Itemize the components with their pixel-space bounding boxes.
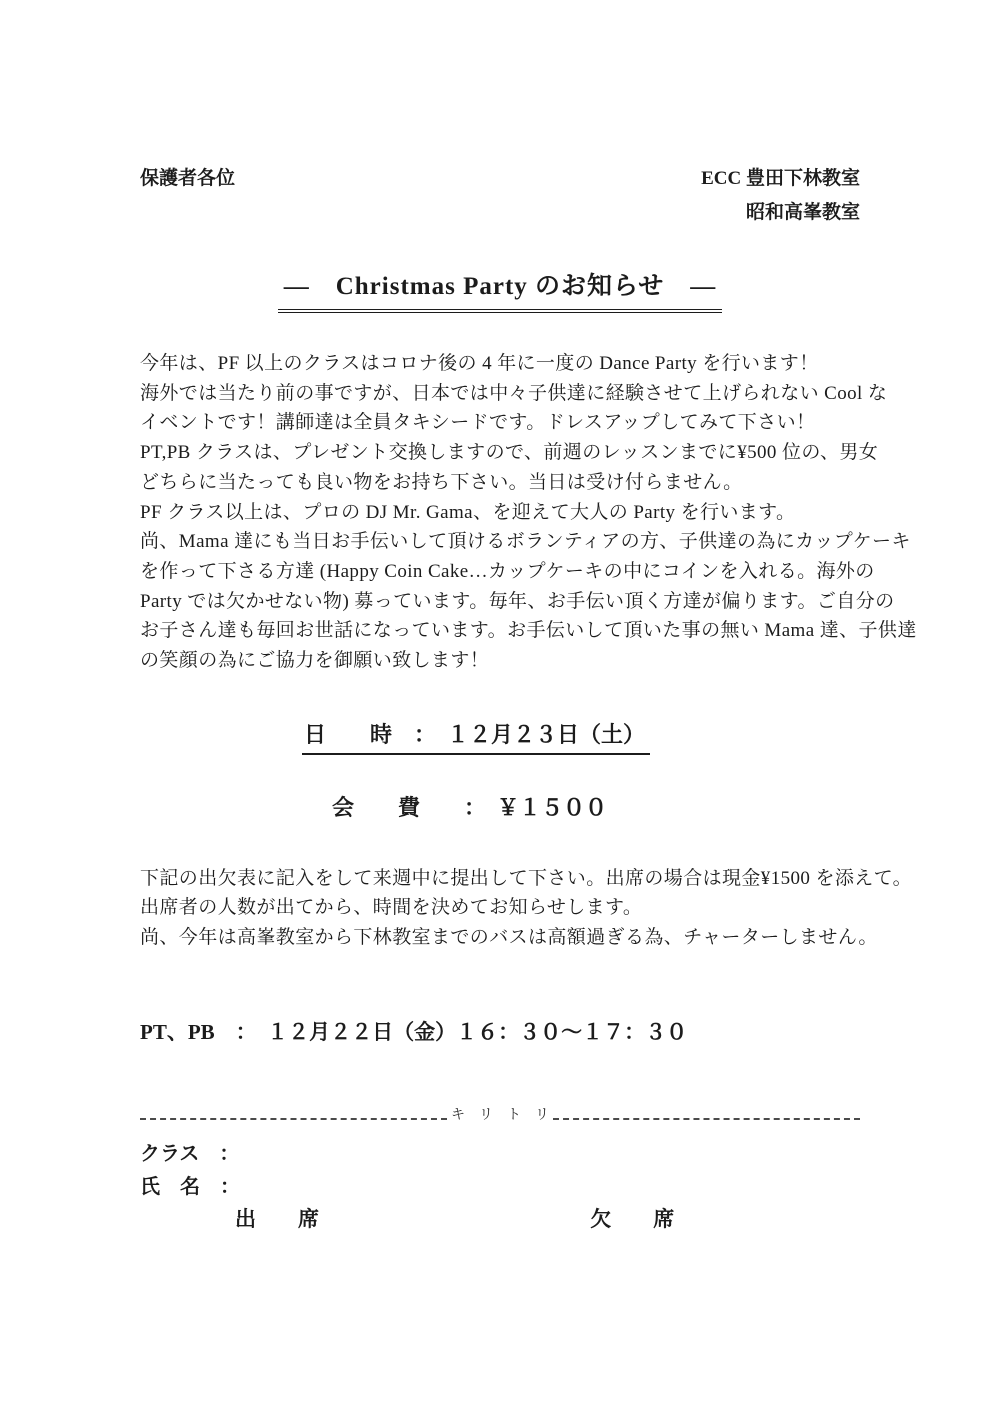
attendance-options-row: 出 席 欠 席 bbox=[140, 1204, 860, 1234]
fee-row: 会 費 ： ￥１５００ bbox=[332, 793, 860, 826]
notes-block: 下記の出欠表に記入をして来週中に提出して下さい。出席の場合は現金¥1500 を添… bbox=[140, 864, 860, 953]
body-line: 今年は、PF 以上のクラスはコロナ後の 4 年に一度の Dance Party … bbox=[140, 349, 860, 379]
cut-here-divider: キ リ ト リ bbox=[140, 1105, 860, 1129]
name-field-row: 氏 名 ： bbox=[140, 1172, 860, 1202]
document-page: 保護者各位 ECC 豊田下林教室 昭和高峯教室 ― Christmas Part… bbox=[0, 0, 1000, 1414]
datetime-row: 日 時 ： １２月２３日（土） bbox=[302, 720, 860, 755]
cut-dashed-line-right bbox=[553, 1105, 860, 1120]
note-line: 尚、今年は高峯教室から下林教室までのバスは高額過ぎる為、チャーターしません。 bbox=[140, 923, 860, 953]
page-title: ― Christmas Party のお知らせ ― bbox=[278, 270, 723, 313]
title-row: ― Christmas Party のお知らせ ― bbox=[140, 270, 860, 313]
body-line: Party では欠かせない物) 募っています。毎年、お手伝い頂く方達が偏ります。… bbox=[140, 587, 860, 617]
school-name-2: 昭和高峯教室 bbox=[746, 202, 860, 223]
body-line: PF クラス以上は、プロの DJ Mr. Gama、を迎えて大人の Party … bbox=[140, 498, 860, 528]
school-name-2-row: 昭和高峯教室 bbox=[140, 199, 860, 226]
cut-dashed-line-left bbox=[140, 1105, 447, 1120]
event-fee: 会 費 ： ￥１５００ bbox=[332, 793, 607, 823]
body-line: 尚、Mama 達にも当日お手伝いして頂けるボランティアの方、子供達の為にカップケ… bbox=[140, 527, 860, 557]
body-line: どちらに当たっても良い物をお持ち下さい。当日は受け付らません。 bbox=[140, 468, 860, 498]
body-line: を作って下さる方達 (Happy Coin Cake…カップケーキの中にコインを… bbox=[140, 557, 860, 587]
cut-here-label: キ リ ト リ bbox=[447, 1105, 553, 1127]
absent-option-label: 欠 席 bbox=[590, 1207, 674, 1231]
body-line: イベントです！講師達は全員タキシードです。ドレスアップしてみて下さい！ bbox=[140, 408, 860, 438]
document-header: 保護者各位 ECC 豊田下林教室 bbox=[140, 165, 860, 192]
body-line: 海外では当たり前の事ですが、日本では中々子供達に経験させて上げられない Cool… bbox=[140, 379, 860, 409]
school-name-1: ECC 豊田下林教室 bbox=[701, 165, 860, 192]
class-field-row: クラス ： bbox=[140, 1139, 860, 1169]
class-field-label: クラス ： bbox=[140, 1143, 239, 1165]
ptpb-schedule: PT、PB ： １２月２２日（金）１６：３０～１７：３０ bbox=[140, 1017, 860, 1047]
attend-option-label: 出 席 bbox=[235, 1207, 319, 1231]
note-line: 下記の出欠表に記入をして来週中に提出して下さい。出席の場合は現金¥1500 を添… bbox=[140, 864, 860, 894]
announcement-body: 今年は、PF 以上のクラスはコロナ後の 4 年に一度の Dance Party … bbox=[140, 349, 860, 676]
name-field-label: 氏 名 ： bbox=[140, 1176, 240, 1198]
recipient-label: 保護者各位 bbox=[140, 165, 235, 192]
body-line: の笑顔の為にご協力を御願い致します！ bbox=[140, 646, 860, 676]
body-line: PT,PB クラスは、プレゼント交換しますので、前週のレッスンまでに¥500 位… bbox=[140, 438, 860, 468]
body-line: お子さん達も毎回お世話になっています。お手伝いして頂いた事の無い Mama 達、… bbox=[140, 616, 860, 646]
note-line: 出席者の人数が出てから、時間を決めてお知らせします。 bbox=[140, 893, 860, 923]
event-datetime: 日 時 ： １２月２３日（土） bbox=[302, 720, 650, 755]
